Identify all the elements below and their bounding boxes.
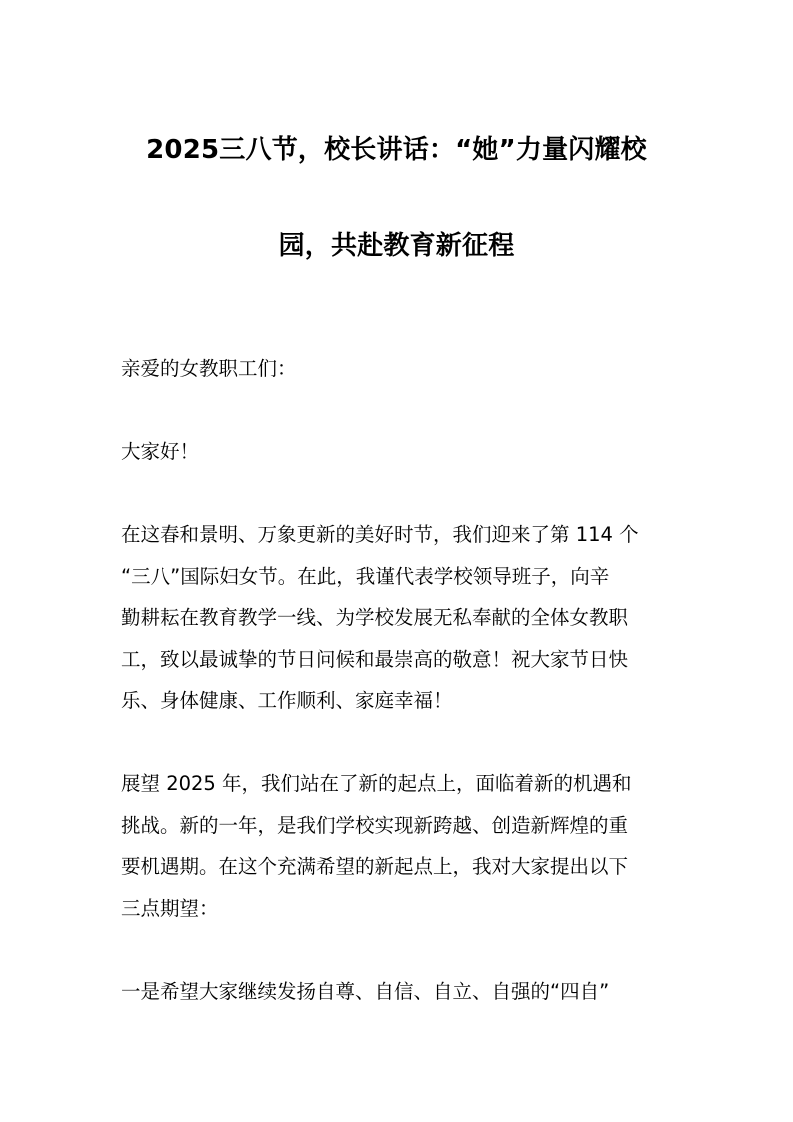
document-page: 2025三八节，校长讲话：“她”力量闪耀校 园，共赴教育新征程 亲爱的女教职工们… [0, 0, 793, 1122]
paragraph-line: 在这春和景明、万象更新的美好时节，我们迎来了第 114 个 [121, 514, 677, 556]
title-line-1: 2025三八节，校长讲话：“她”力量闪耀校 [110, 126, 683, 222]
document-body: 亲爱的女教职工们： 大家好！ 在这春和景明、万象更新的美好时节，我们迎来了第 1… [121, 348, 677, 1054]
paragraph-line: “三八”国际妇女节。在此，我谨代表学校领导班子，向辛 [121, 556, 677, 598]
salutation: 亲爱的女教职工们： [121, 348, 677, 390]
paragraph-festival-greeting: 在这春和景明、万象更新的美好时节，我们迎来了第 114 个 “三八”国际妇女节。… [121, 514, 677, 722]
greeting-text: 大家好！ [121, 431, 677, 473]
salutation-text: 亲爱的女教职工们： [121, 348, 677, 390]
paragraph-line: 三点期望： [121, 888, 677, 930]
paragraph-line: 工，致以最诚挚的节日问候和最崇高的敬意！祝大家节日快 [121, 639, 677, 681]
paragraph-line: 展望 2025 年，我们站在了新的起点上，面临着新的机遇和 [121, 763, 677, 805]
title-line-2: 园，共赴教育新征程 [110, 222, 683, 318]
paragraph-line: 勤耕耘在教育教学一线、为学校发展无私奉献的全体女教职 [121, 597, 677, 639]
greeting: 大家好！ [121, 431, 677, 473]
paragraph-expectation-one: 一是希望大家继续发扬自尊、自信、自立、自强的“四自” [121, 971, 677, 1013]
paragraph-line: 乐、身体健康、工作顺利、家庭幸福！ [121, 680, 677, 722]
paragraph-line: 一是希望大家继续发扬自尊、自信、自立、自强的“四自” [121, 971, 677, 1013]
paragraph-outlook-2025: 展望 2025 年，我们站在了新的起点上，面临着新的机遇和 挑战。新的一年，是我… [121, 763, 677, 929]
paragraph-line: 要机遇期。在这个充满希望的新起点上，我对大家提出以下 [121, 846, 677, 888]
paragraph-line: 挑战。新的一年，是我们学校实现新跨越、创造新辉煌的重 [121, 805, 677, 847]
document-title: 2025三八节，校长讲话：“她”力量闪耀校 园，共赴教育新征程 [110, 126, 683, 318]
